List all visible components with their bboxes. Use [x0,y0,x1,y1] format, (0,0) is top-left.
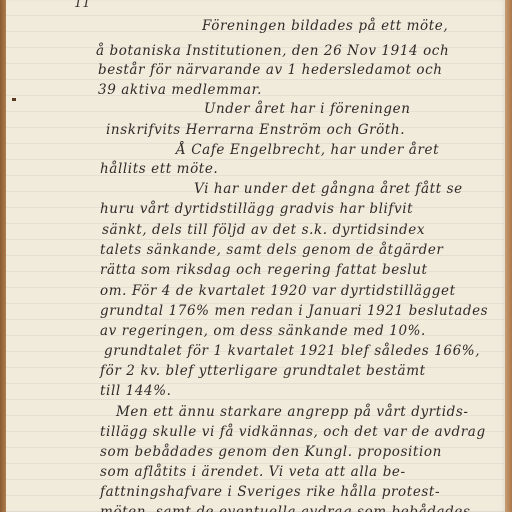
text-line: Föreningen bildades på ett möte, [202,18,448,34]
text-line: Vi har under det gångna året fått se [194,181,463,197]
page-mark: 11 [74,0,91,11]
edge-mark [12,98,16,101]
text-line: som bebådades genom den Kungl. propositi… [100,444,442,460]
text-line: huru vårt dyrtidstillägg gradvis har bli… [100,201,413,217]
text-line: hållits ett möte. [100,161,218,177]
text-line: 39 aktiva medlemmar. [98,82,262,98]
text-line: som aflåtits i ärendet. Vi veta att alla… [100,464,406,480]
text-line: möten, samt de eventuella avdrag som beb… [100,504,471,512]
text-line: Men ett ännu starkare angrepp på vårt dy… [116,404,469,420]
text-line: Under året har i föreningen [204,101,411,117]
text-line: grundtalet för 1 kvartalet 1921 blef sål… [104,343,480,359]
text-line: grundtal 176% men redan i Januari 1921 b… [100,303,488,319]
text-line: Å Cafe Engelbrecht, har under året [176,142,439,158]
text-line: rätta som riksdag och regering fattat be… [100,262,428,278]
right-book-edge [505,0,512,512]
text-line: av regeringen, om dess sänkande med 10%. [100,323,426,339]
text-line: å botaniska Institutionen, den 26 Nov 19… [96,43,449,59]
manuscript-page: 11 Föreningen bildades på ett möte, å bo… [6,0,505,512]
text-line: talets sänkande, samt dels genom de åtgä… [100,242,443,258]
text-line: om. För 4 de kvartalet 1920 var dyrtidst… [100,283,456,299]
text-line: för 2 kv. blef ytterligare grundtalet be… [100,363,426,379]
text-line: fattningshafvare i Sveriges rike hålla p… [100,484,440,500]
text-line: tillägg skulle vi få vidkännas, och det … [100,424,486,440]
text-line: inskrifvits Herrarna Enström och Gröth. [106,122,405,138]
text-line: består för närvarande av 1 hedersledamot… [98,62,443,78]
text-line: sänkt, dels till följd av det s.k. dyrti… [102,222,425,238]
text-line: till 144%. [100,383,172,399]
